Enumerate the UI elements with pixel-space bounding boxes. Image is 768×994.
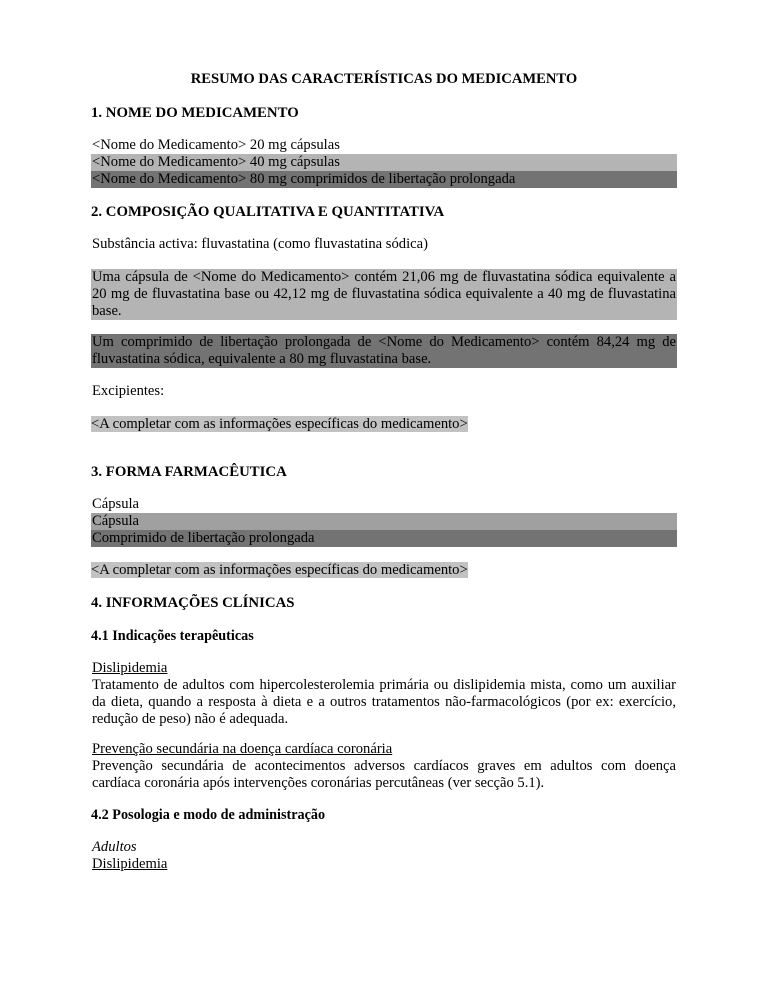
section-4-heading: 4. INFORMAÇÕES CLÍNICAS [91, 595, 677, 612]
active-substance: Substância activa: fluvastatina (como fl… [91, 236, 678, 253]
adultos-label: Adultos [91, 839, 678, 856]
posologia-dislipidemia-title: Dislipidemia [91, 856, 678, 873]
prevencao-indication: Prevenção secundária de acontecimentos a… [91, 758, 677, 792]
product-name-40mg: <Nome do Medicamento> 40 mg cápsulas [91, 154, 677, 171]
dislipidemia-indication: Tratamento de adultos com hipercolestero… [91, 677, 677, 728]
document-title: RESUMO DAS CARACTERÍSTICAS DO MEDICAMENT… [91, 71, 677, 88]
excipients-label: Excipientes: [91, 383, 678, 400]
dosage-form-40mg: Cápsula [91, 513, 677, 530]
dosage-form-20mg: Cápsula [91, 496, 677, 513]
product-name-list: <Nome do Medicamento> 20 mg cápsulas <No… [91, 137, 677, 188]
dosage-form-placeholder-wrap: <A completar com as informações específi… [91, 562, 677, 579]
section-4-1-heading: 4.1 Indicações terapêuticas [91, 628, 677, 645]
excipients-placeholder: <A completar com as informações específi… [91, 416, 468, 432]
product-name-20mg: <Nome do Medicamento> 20 mg cápsulas [91, 137, 677, 154]
tablet-composition: Um comprimido de libertação prolongada d… [91, 334, 677, 368]
prevencao-title: Prevenção secundária na doença cardíaca … [91, 741, 678, 758]
excipients-placeholder-wrap: <A completar com as informações específi… [91, 416, 677, 433]
dosage-form-placeholder: <A completar com as informações específi… [91, 562, 468, 578]
dislipidemia-title: Dislipidemia [91, 660, 678, 677]
section-1-heading: 1. NOME DO MEDICAMENTO [91, 105, 677, 122]
dosage-form-80mg: Comprimido de libertação prolongada [91, 530, 677, 547]
section-2-heading: 2. COMPOSIÇÃO QUALITATIVA E QUANTITATIVA [91, 204, 677, 221]
section-4-2-heading: 4.2 Posologia e modo de administração [91, 807, 677, 824]
product-name-80mg: <Nome do Medicamento> 80 mg comprimidos … [91, 171, 677, 188]
dosage-form-list: Cápsula Cápsula Comprimido de libertação… [91, 496, 677, 547]
section-3-heading: 3. FORMA FARMACÊUTICA [91, 464, 677, 481]
capsule-composition: Uma cápsula de <Nome do Medicamento> con… [91, 269, 677, 320]
